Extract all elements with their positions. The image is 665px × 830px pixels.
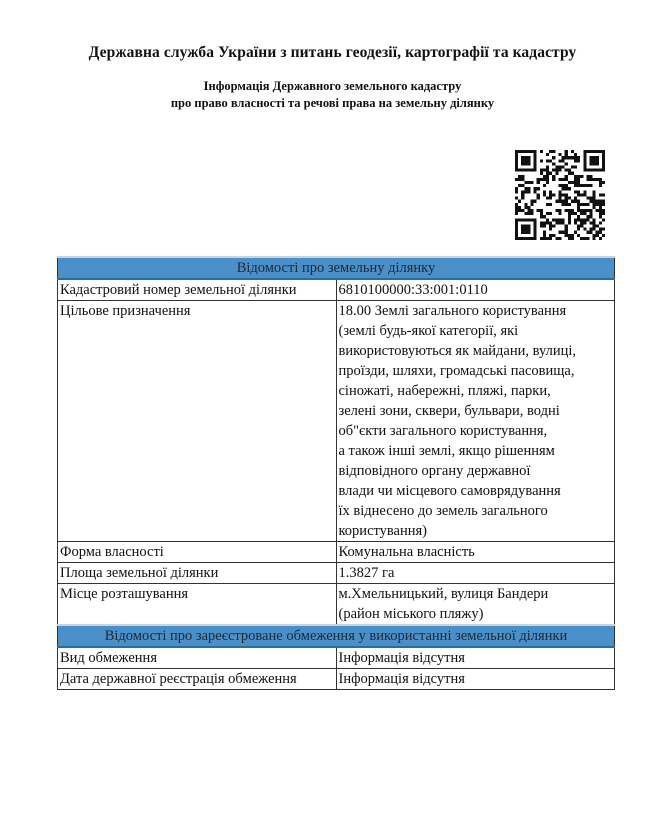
row-label: Місце розташування — [58, 584, 337, 626]
row-label: Вид обмеження — [58, 647, 337, 669]
table-row-restriction-date: Дата державної реєстрація обмеження Інфо… — [58, 669, 615, 690]
table-row-restriction-type: Вид обмеження Інформація відсутня — [58, 647, 615, 669]
row-value: Інформація відсутня — [336, 669, 615, 690]
document-subtitle: Інформація Державного земельного кадастр… — [0, 78, 665, 112]
land-plot-info-table: Відомості про земельну ділянку Кадастров… — [57, 256, 615, 690]
row-label: Форма власності — [58, 542, 337, 563]
qr-code-icon — [515, 150, 605, 240]
section-header-restrictions: Відомості про зареєстроване обмеження у … — [58, 625, 615, 647]
table-row-ownership-form: Форма власності Комунальна власність — [58, 542, 615, 563]
table-row-area: Площа земельної ділянки 1.3827 га — [58, 563, 615, 584]
row-value: м.Хмельницький, вулиця Бандери (район мі… — [336, 584, 615, 626]
subtitle-line-1: Інформація Державного земельного кадастр… — [0, 78, 665, 95]
table-row-location: Місце розташування м.Хмельницький, вулиц… — [58, 584, 615, 626]
agency-title: Державна служба України з питань геодезі… — [0, 44, 665, 62]
section-title: Відомості про земельну ділянку — [58, 257, 615, 279]
section-title: Відомості про зареєстроване обмеження у … — [58, 625, 615, 647]
table-row-purpose: Цільове призначення 18.00 Землі загально… — [58, 301, 615, 542]
row-value: 18.00 Землі загального користування (зем… — [336, 301, 615, 542]
row-value: Інформація відсутня — [336, 647, 615, 669]
subtitle-line-2: про право власності та речові права на з… — [0, 95, 665, 112]
row-label: Кадастровий номер земельної ділянки — [58, 279, 337, 301]
row-label: Цільове призначення — [58, 301, 337, 542]
row-value: Комунальна власність — [336, 542, 615, 563]
section-header-land-plot: Відомості про земельну ділянку — [58, 257, 615, 279]
table-row-cadastral-number: Кадастровий номер земельної ділянки 6810… — [58, 279, 615, 301]
row-value: 6810100000:33:001:0110 — [336, 279, 615, 301]
row-value: 1.3827 га — [336, 563, 615, 584]
row-label: Дата державної реєстрація обмеження — [58, 669, 337, 690]
row-label: Площа земельної ділянки — [58, 563, 337, 584]
